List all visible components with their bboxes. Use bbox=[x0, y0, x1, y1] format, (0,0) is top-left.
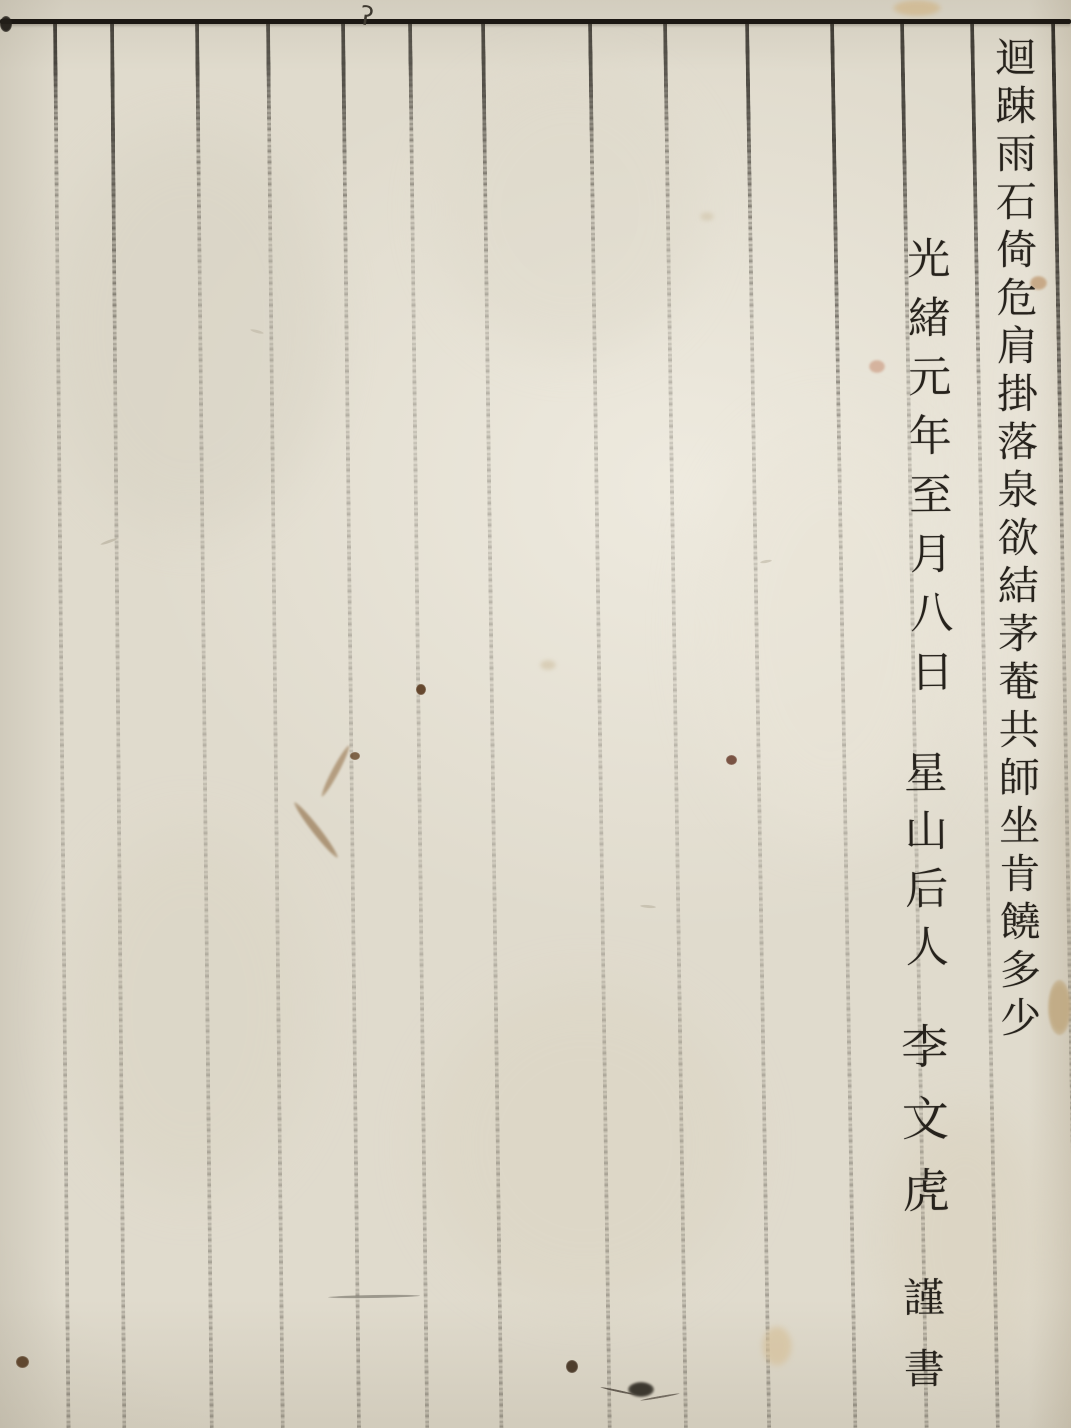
stain-pink-spot bbox=[869, 360, 885, 373]
stain-ink-hair bbox=[600, 1386, 636, 1395]
stain-red-brown-dot bbox=[726, 755, 737, 765]
stain-fiber-streak bbox=[319, 744, 352, 798]
stain-gray-fiber bbox=[640, 904, 656, 908]
stain-corner-ink-blob bbox=[0, 16, 12, 32]
stain-gray-fiber bbox=[100, 537, 118, 546]
stain-tan-smudge bbox=[762, 1326, 792, 1366]
stain-left-speck bbox=[16, 1356, 29, 1368]
stain-smudge bbox=[540, 660, 556, 670]
stain-layer bbox=[0, 0, 1071, 1428]
manuscript-page: 迴踈雨石倚危肩掛落泉欲結茅菴共師坐肯饒多少 光緒元年至月八日 星山后人 李文虎 … bbox=[0, 0, 1071, 1428]
stain-top-right-stain bbox=[893, 0, 941, 16]
stain-ink-blob bbox=[628, 1382, 654, 1397]
stain-pencil-dash bbox=[328, 1294, 420, 1299]
stain-gray-fiber bbox=[250, 328, 264, 335]
stain-brown-speck bbox=[416, 684, 426, 695]
stain-fiber-streak bbox=[291, 800, 340, 860]
stain-fiber-speck bbox=[350, 752, 360, 760]
stain-edge-patch bbox=[1048, 980, 1071, 1035]
stain-gray-fiber bbox=[760, 559, 772, 564]
stain-ink-hair bbox=[640, 1393, 680, 1402]
stain-dark-speck bbox=[566, 1360, 578, 1373]
stain-tan-spot bbox=[1030, 276, 1047, 290]
stain-smudge bbox=[700, 212, 714, 221]
